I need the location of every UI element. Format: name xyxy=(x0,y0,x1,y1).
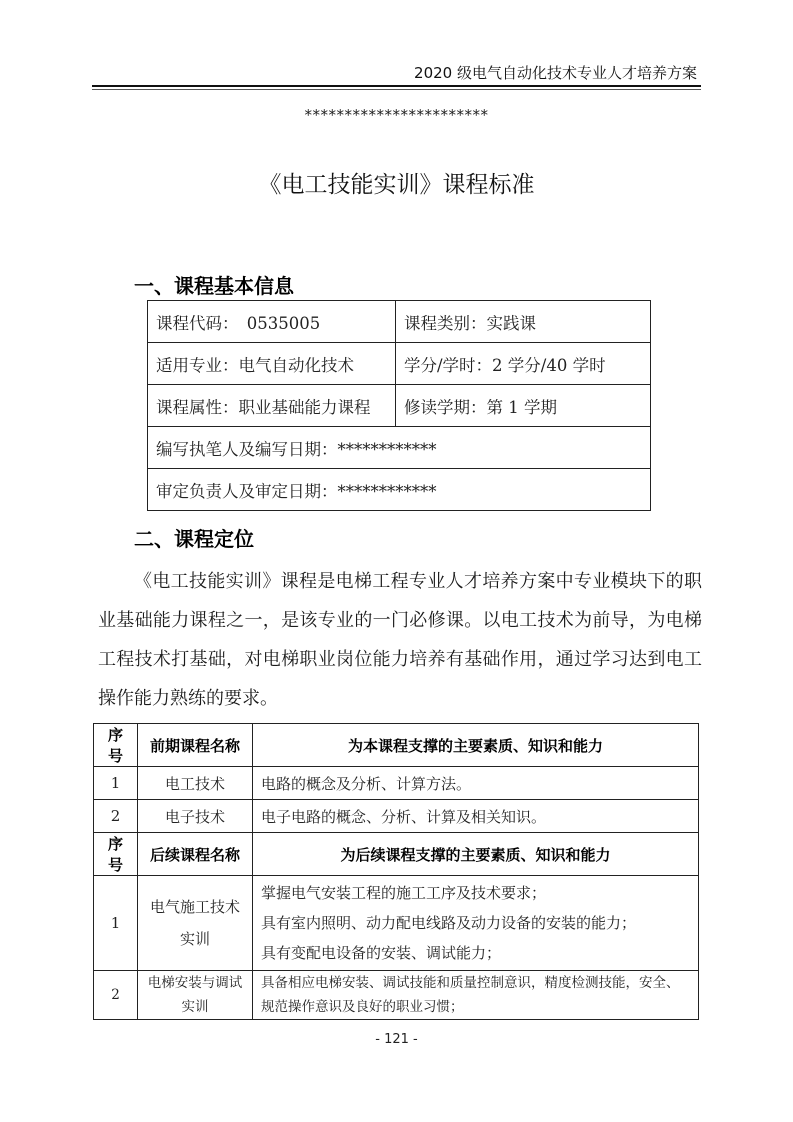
table-row: 审定负责人及审定日期：************ xyxy=(148,469,651,511)
table-row: 适用专业：电气自动化技术 学分/学时：2 学分/40 学时 xyxy=(148,343,651,385)
course-attribute-cell: 课程属性：职业基础能力课程 xyxy=(148,385,396,427)
row-num: 1 xyxy=(94,876,138,971)
header-double-rule xyxy=(92,85,701,90)
course-basic-info-table: 课程代码： 0535005 课程类别：实践课 适用专业：电气自动化技术 学分/学… xyxy=(147,300,651,511)
table-row: 1 电工技术 电路的概念及分析、计算方法。 xyxy=(94,767,699,800)
related-courses-table: 序号 前期课程名称 为本课程支撑的主要素质、知识和能力 1 电工技术 电路的概念… xyxy=(93,723,699,1020)
header-follow-course-name: 后续课程名称 xyxy=(138,833,253,876)
course-type-cell: 课程类别：实践课 xyxy=(396,301,651,343)
course-name: 电气施工技术实训 xyxy=(138,876,253,971)
reviewer-date-cell: 审定负责人及审定日期：************ xyxy=(148,469,651,511)
course-description: 掌握电气安装工程的施工工序及技术要求； 具有室内照明、动力配电线路及动力设备的安… xyxy=(253,876,699,971)
section-heading-basic-info: 一、课程基本信息 xyxy=(134,270,294,299)
description-line: 具有变配电设备的安装、调试能力； xyxy=(261,938,690,968)
credit-hours-cell: 学分/学时：2 学分/40 学时 xyxy=(396,343,651,385)
row-num: 2 xyxy=(94,971,138,1020)
course-name: 电梯安装与调试实训 xyxy=(138,971,253,1020)
document-title: 《电工技能实训》课程标准 xyxy=(0,166,793,199)
table-row: 课程属性：职业基础能力课程 修读学期：第 1 学期 xyxy=(148,385,651,427)
semester-cell: 修读学期：第 1 学期 xyxy=(396,385,651,427)
section-heading-course-positioning: 二、课程定位 xyxy=(134,523,254,552)
header-num: 序号 xyxy=(94,724,138,767)
stars-line: *********************** xyxy=(0,106,793,124)
course-name: 电子技术 xyxy=(138,800,253,833)
header-prior-support: 为本课程支撑的主要素质、知识和能力 xyxy=(253,724,699,767)
table-row: 2 电子技术 电子电路的概念、分析、计算及相关知识。 xyxy=(94,800,699,833)
table-header-row: 序号 后续课程名称 为后续课程支撑的主要素质、知识和能力 xyxy=(94,833,699,876)
course-description: 具备相应电梯安装、调试技能和质量控制意识，精度检测技能，安全、规范操作意识及良好… xyxy=(253,971,699,1020)
header-prior-course-name: 前期课程名称 xyxy=(138,724,253,767)
course-description: 电路的概念及分析、计算方法。 xyxy=(253,767,699,800)
row-num: 1 xyxy=(94,767,138,800)
major-cell: 适用专业：电气自动化技术 xyxy=(148,343,396,385)
header-follow-support: 为后续课程支撑的主要素质、知识和能力 xyxy=(253,833,699,876)
course-code-cell: 课程代码： 0535005 xyxy=(148,301,396,343)
running-header: 2020 级电气自动化技术专业人才培养方案 xyxy=(414,62,697,83)
course-positioning-paragraph: 《电工技能实训》课程是电梯工程专业人才培养方案中专业模块下的职业基础能力课程之一… xyxy=(98,562,702,718)
author-date-cell: 编写执笔人及编写日期：************ xyxy=(148,427,651,469)
description-line: 具有室内照明、动力配电线路及动力设备的安装的能力； xyxy=(261,908,690,938)
row-num: 2 xyxy=(94,800,138,833)
course-name: 电工技术 xyxy=(138,767,253,800)
table-header-row: 序号 前期课程名称 为本课程支撑的主要素质、知识和能力 xyxy=(94,724,699,767)
table-row: 编写执笔人及编写日期：************ xyxy=(148,427,651,469)
table-row: 1 电气施工技术实训 掌握电气安装工程的施工工序及技术要求； 具有室内照明、动力… xyxy=(94,876,699,971)
page-number: - 121 - xyxy=(0,1032,793,1047)
table-row: 课程代码： 0535005 课程类别：实践课 xyxy=(148,301,651,343)
table-row: 2 电梯安装与调试实训 具备相应电梯安装、调试技能和质量控制意识，精度检测技能，… xyxy=(94,971,699,1020)
header-num: 序号 xyxy=(94,833,138,876)
description-line: 掌握电气安装工程的施工工序及技术要求； xyxy=(261,878,690,908)
course-description: 电子电路的概念、分析、计算及相关知识。 xyxy=(253,800,699,833)
